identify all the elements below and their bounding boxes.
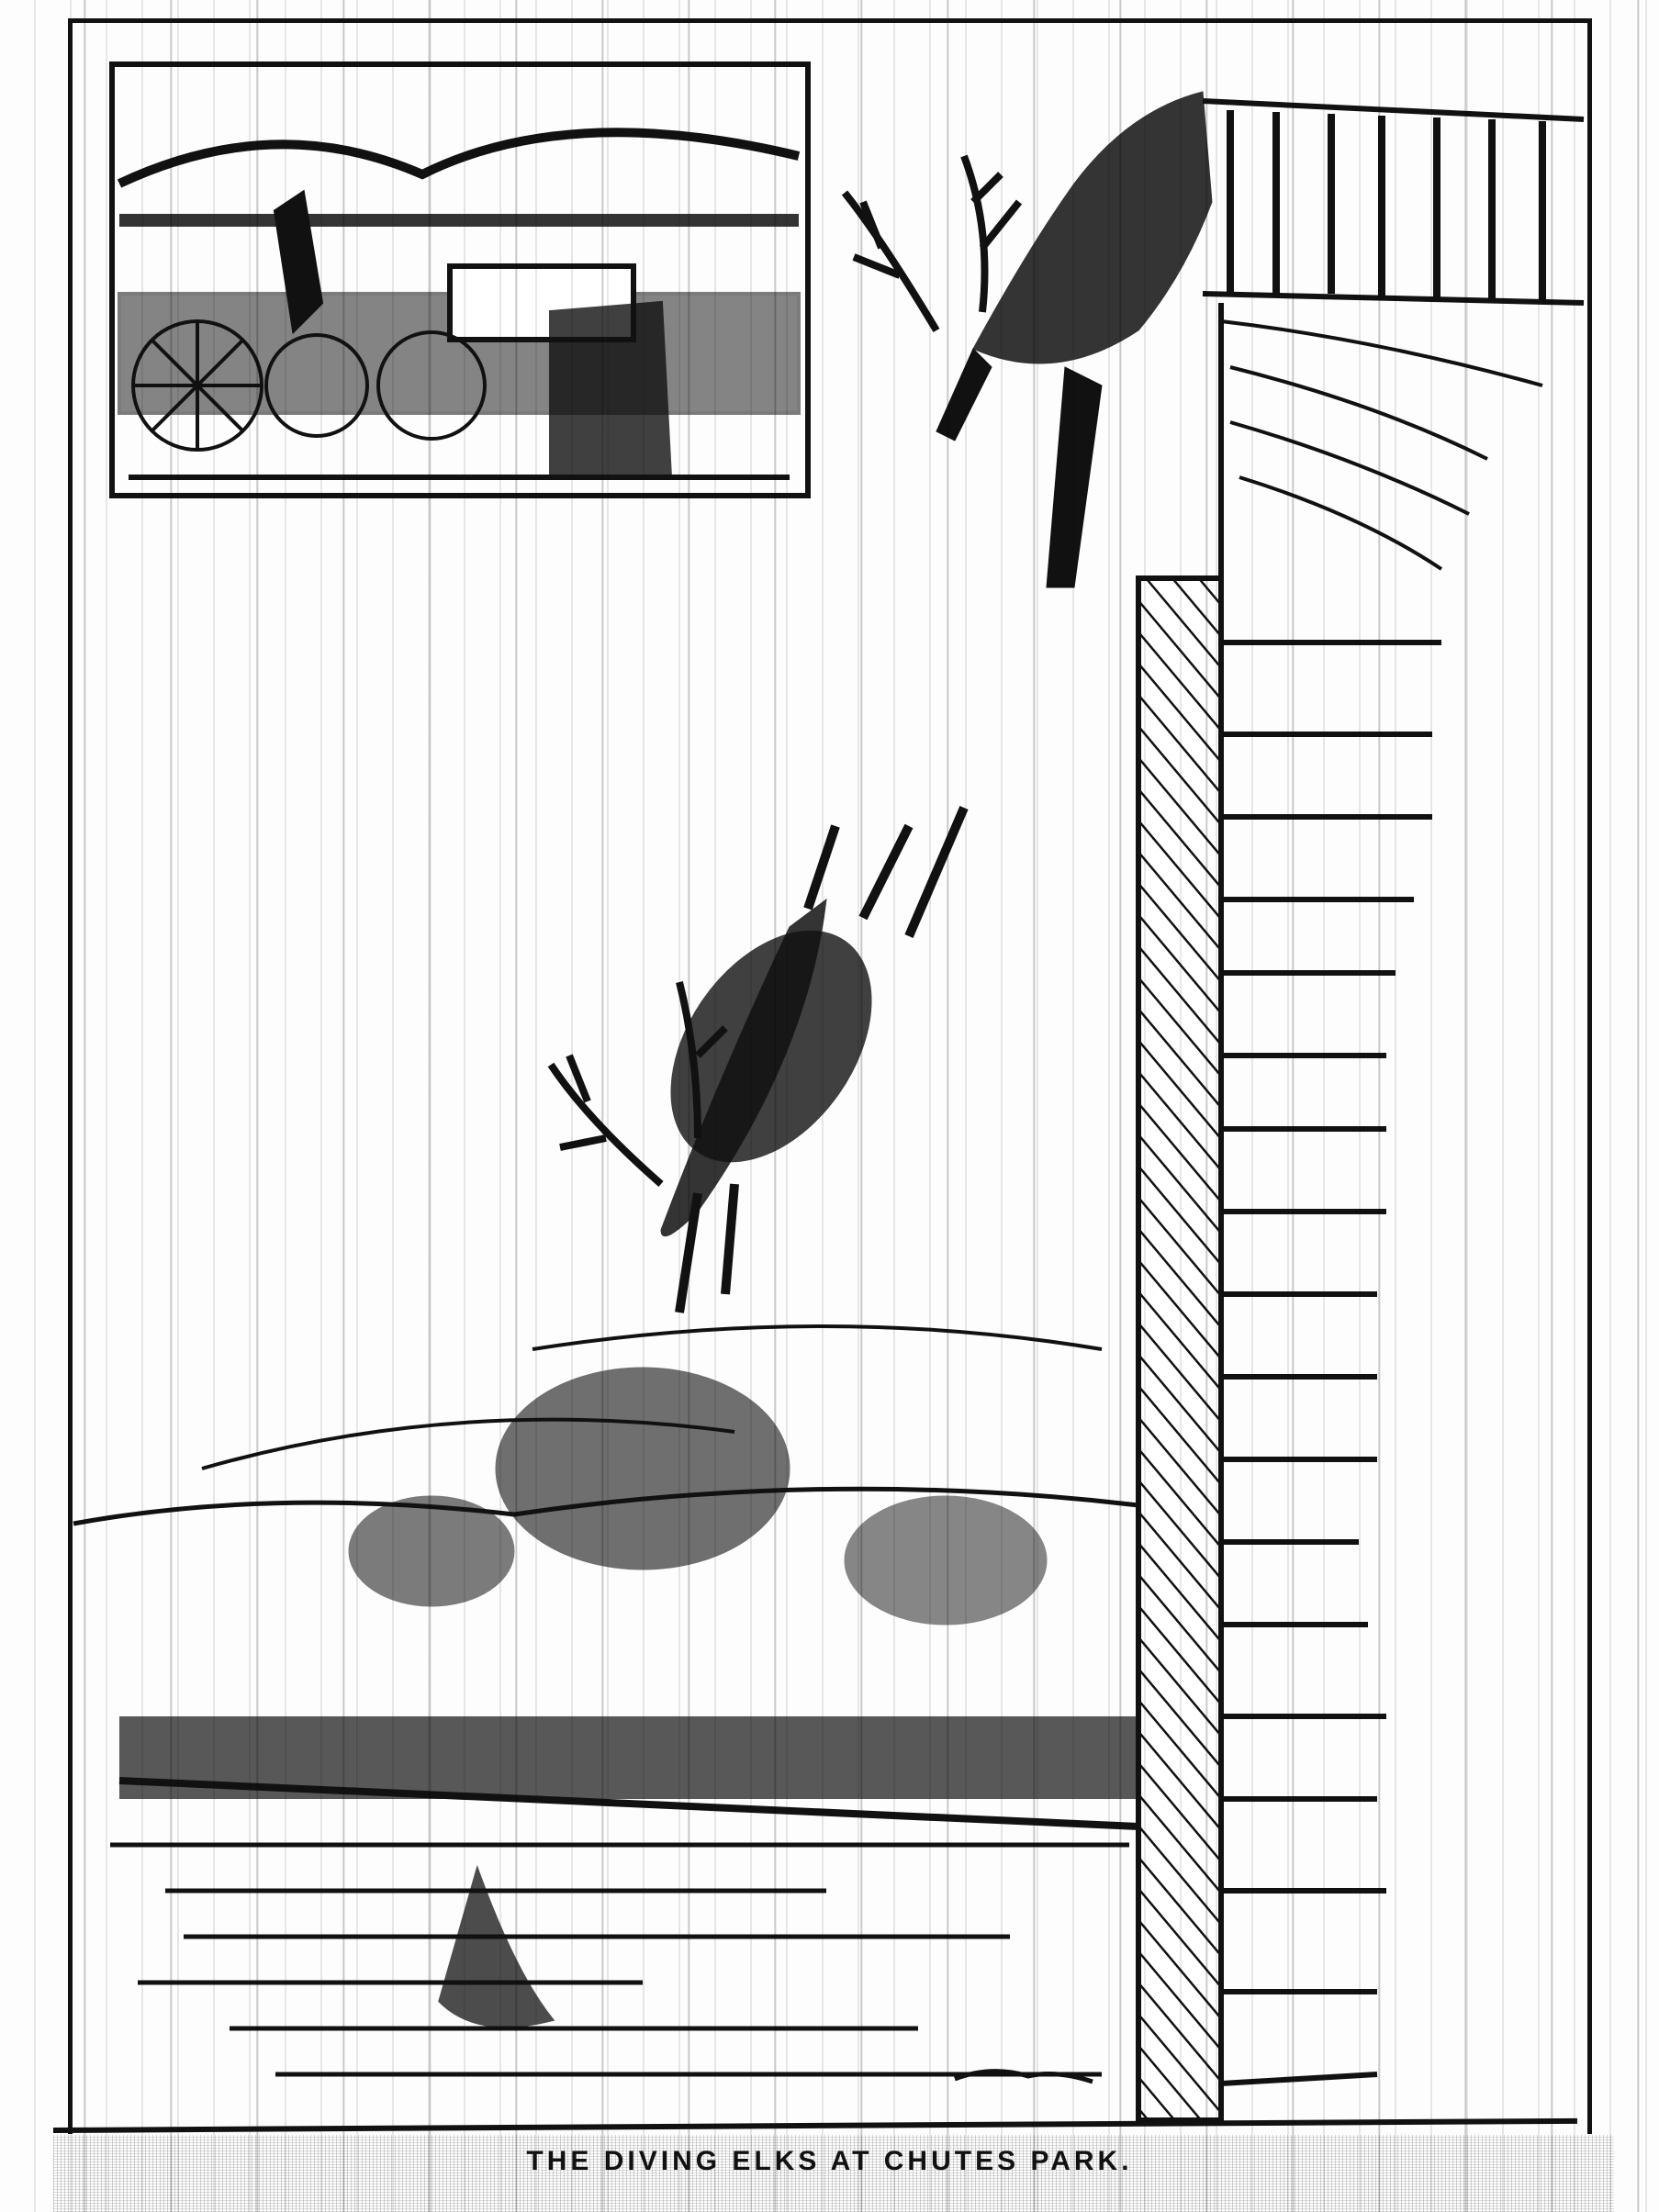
illustration-border bbox=[68, 18, 1592, 2134]
newspaper-page: THE DIVING ELKS AT CHUTES PARK. bbox=[0, 0, 1659, 2212]
illustration-caption: THE DIVING ELKS AT CHUTES PARK. bbox=[0, 2146, 1659, 2177]
